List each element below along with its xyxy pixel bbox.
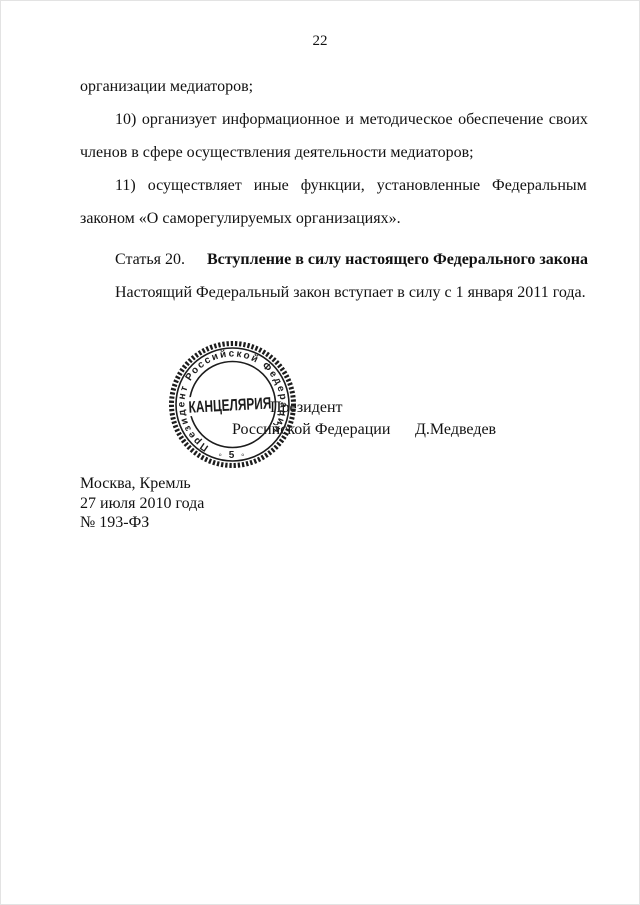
stamp-number-text: ◦ 5 ◦ (218, 450, 246, 461)
chancellery-seal-icon: Президент Российской Федерации ◦ 5 ◦ КАН… (160, 332, 305, 477)
article-title: Вступление в силу настоящего Федеральног… (207, 251, 588, 268)
article-label: Статья 20. (115, 251, 185, 268)
body-line: членов в сфере осуществления деятельност… (80, 136, 566, 169)
article-heading: Статья 20.Вступление в силу настоящего Ф… (80, 243, 566, 276)
stamp-center-text: КАНЦЕЛЯРИЯ (188, 395, 272, 418)
stamp-center-group: КАНЦЕЛЯРИЯ (186, 393, 272, 418)
body-line: организации медиаторов; (80, 70, 566, 103)
article-body-line: Настоящий Федеральный закон вступает в с… (80, 276, 566, 309)
main-text-block: организации медиаторов; 10) организует и… (80, 70, 566, 309)
body-line: 10) организует информационное и методиче… (80, 103, 566, 136)
footer-date: 27 июля 2010 года (80, 494, 204, 514)
page-number: 22 (0, 33, 640, 50)
body-line: законом «О саморегулируемых организациях… (80, 202, 566, 235)
signature-name: Д.Медведев (415, 421, 496, 438)
document-page: 22 организации медиаторов; 10) организуе… (0, 0, 640, 905)
footer-number: № 193-ФЗ (80, 513, 204, 533)
body-line: 11) осуществляет иные функции, установле… (80, 169, 566, 202)
footer-block: Москва, Кремль 27 июля 2010 года № 193-Ф… (80, 474, 204, 533)
